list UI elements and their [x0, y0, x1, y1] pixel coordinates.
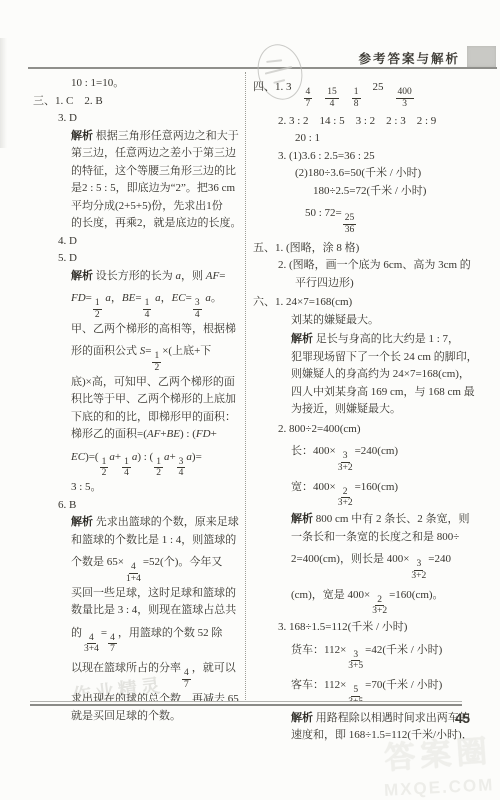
fraction: 47	[108, 633, 117, 655]
watermark-logo: 答案圈	[383, 725, 494, 777]
fraction-numerator: 2	[375, 595, 384, 607]
analysis-label: 解析	[291, 712, 313, 724]
text-line: 解析 根据三角形任意两边之和大于	[71, 128, 245, 146]
fraction-denominator: 4	[194, 310, 201, 321]
text-line: (cm)，宽是 400×23+2=160(cm)。	[291, 582, 473, 618]
text-line: 6. B	[58, 497, 245, 515]
fraction-denominator: 2	[153, 363, 160, 374]
text-line: 积比等于甲、乙两个梯形的上底加	[71, 391, 245, 409]
math-variable: FD	[196, 428, 211, 440]
text-line: 犯罪现场留下了一个长 24 cm 的脚印，	[291, 349, 473, 367]
text-line: 4. D	[58, 233, 245, 251]
math-variable: a	[176, 270, 182, 282]
math-variable: a	[164, 451, 170, 463]
fraction: 4003	[396, 87, 414, 109]
math-variable: FD	[71, 292, 86, 304]
text-line: 为接近，则嫌疑最大。	[291, 401, 473, 419]
fraction: 154	[325, 87, 339, 109]
stamp-mark	[266, 59, 282, 63]
column-divider	[245, 72, 246, 700]
fraction: 33+2	[410, 559, 427, 581]
fraction: 43+4	[83, 633, 100, 655]
text-line: 解析 800 cm 中有 2 条长、2 条宽，则	[291, 511, 473, 529]
fraction: 34	[193, 298, 202, 320]
fraction-numerator: 4	[129, 562, 138, 574]
fraction: 12	[93, 298, 102, 320]
math-variable: EC	[172, 292, 186, 304]
text-line: 六、1. 24×7=168(cm)	[253, 294, 473, 312]
text-line: 的特征，这个等腰三角形三边的比	[71, 163, 245, 181]
math-variable: a	[109, 451, 115, 463]
text-line: 和篮球的个数比是 1 : 4，则篮球的	[71, 532, 245, 550]
text-line: 解析 用路程除以相遇时间求出两车的	[291, 710, 473, 728]
text-line: 3. (1)3.6 : 2.5=36 : 25	[278, 148, 473, 166]
fraction-denominator: 4	[178, 468, 185, 479]
text-line: 2. 3 : 2 14 : 5 3 : 2 2 : 3 2 : 9	[278, 113, 473, 131]
fraction-denominator: 2	[94, 310, 101, 321]
fraction-numerator: 15	[325, 87, 339, 99]
column-right: 四、1. 3 47 154 18 25 40032. 3 : 2 14 : 5 …	[253, 70, 473, 745]
math-variable: EC	[71, 451, 85, 463]
fraction: 34	[177, 457, 186, 479]
answer-page: 参考答案与解析 作业精灵 10 : 1=10。三、1. C 2. B3. D解析…	[0, 0, 500, 800]
text-line: 是2 : 5 : 5，即底边为“2”。把36 cm	[71, 180, 245, 198]
text-line: 梯形乙的面积=(AF+BE) : (FD+	[71, 426, 245, 444]
text-line: 形的面积公式 S=12×(上底+下	[71, 338, 245, 374]
text-line: 买回一些足球，这时足球和篮球的	[71, 585, 245, 603]
text-line: 底)×高，可知甲、乙两个梯形的面	[71, 374, 245, 392]
fraction-denominator: 8	[353, 99, 360, 110]
text-line: 180÷2.5=72(千米 / 小时)	[313, 183, 473, 201]
text-line: 10 : 1=10。	[71, 75, 245, 93]
fraction-denominator: 3	[401, 99, 408, 110]
fraction-numerator: 4	[182, 668, 191, 680]
fraction: 12	[152, 351, 161, 373]
fraction: 14	[122, 457, 131, 479]
fraction-numerator: 3	[177, 457, 186, 469]
fraction: 47	[182, 668, 191, 690]
fraction: 12	[100, 457, 109, 479]
fraction-denominator: 2	[155, 468, 162, 479]
fraction-numerator: 1	[154, 457, 163, 469]
fraction: 33+2	[337, 451, 354, 473]
math-variable: S	[140, 345, 146, 357]
text-line: 平行四边形)	[295, 275, 473, 293]
fraction-numerator: 1	[93, 298, 102, 310]
page-number: 45	[455, 711, 470, 726]
text-line: 2. 800÷2=400(cm)	[278, 421, 473, 439]
fraction-denominator: 3+5	[347, 661, 364, 672]
math-variable: a	[152, 292, 160, 304]
fraction-denominator: 3+4	[83, 644, 100, 655]
fraction-numerator: 4	[108, 633, 117, 645]
text-line: 宽：400×23+2=160(cm)	[291, 474, 473, 510]
text-line: 的43+4=47，用篮球的个数 52 除	[71, 620, 245, 656]
fraction-numerator: 1	[152, 351, 161, 363]
fraction-numerator: 3	[193, 298, 202, 310]
math-variable: a	[203, 292, 211, 304]
text-line: 3. D	[58, 110, 245, 128]
fraction: 41+4	[125, 562, 142, 584]
fraction: 47	[304, 87, 313, 109]
fraction: 12	[154, 457, 163, 479]
text-line: 则嫌疑人的身高约为 24×7=168(cm)，	[291, 366, 473, 384]
fraction-numerator: 3	[341, 451, 350, 463]
fraction-denominator: 7	[305, 99, 312, 110]
fraction: 23+2	[371, 595, 388, 617]
text-line: EC)=(12a+14a) : (12a+34a)=	[71, 444, 245, 480]
text-line: 50 : 72=2536	[305, 200, 473, 236]
text-line: 3. 168÷1.5=112(千米 / 小时)	[278, 619, 473, 637]
text-line: 20 : 1	[295, 130, 473, 148]
text-line: 5. D	[58, 250, 245, 268]
fraction-numerator: 5	[351, 685, 360, 697]
math-variable: BE	[167, 428, 180, 440]
fraction-denominator: 4	[329, 99, 336, 110]
fraction-numerator: 1	[122, 457, 131, 469]
footer-rule	[30, 701, 462, 706]
fraction-denominator: 1+4	[125, 574, 142, 585]
text-line: 四人中刘某身高 169 cm，与 168 cm 最	[291, 384, 473, 402]
math-variable: a	[186, 451, 192, 463]
column-left: 10 : 1=10。三、1. C 2. B3. D解析 根据三角形任意两边之和大…	[33, 70, 245, 726]
text-line: 2. (图略，画一个底为 6cm、高为 3cm 的	[278, 257, 473, 275]
fraction: 33+5	[347, 650, 364, 672]
text-line: 刘某的嫌疑最大。	[291, 312, 473, 330]
fraction-numerator: 4	[304, 87, 313, 99]
fraction-numerator: 1	[143, 298, 152, 310]
math-variable: BE	[122, 292, 135, 304]
text-line: 长：400×33+2=240(cm)	[291, 438, 473, 474]
scan-edge-shade	[0, 38, 7, 148]
header-corner-block	[467, 46, 496, 67]
fraction-denominator: 3+2	[337, 463, 354, 474]
fraction-numerator: 1	[352, 87, 361, 99]
text-line: 解析 足长与身高的比大约是 1 : 7，	[291, 331, 473, 349]
fraction-denominator: 3+2	[337, 498, 354, 509]
analysis-label: 解析	[71, 270, 93, 282]
fraction-denominator: 36	[344, 225, 356, 236]
text-line: 以现在篮球所占的分率47，就可以	[71, 655, 245, 691]
text-line: FD=12 a，BE=14 a，EC=34 a。	[71, 285, 245, 321]
analysis-label: 解析	[71, 130, 93, 142]
fraction-denominator: 7	[183, 680, 190, 691]
text-line: 第三边，任意两边之差小于第三边	[71, 145, 245, 163]
text-line: 下底的和的比，即梯形甲的面积：	[71, 409, 245, 427]
fraction-numerator: 25	[343, 213, 357, 225]
fraction-numerator: 2	[341, 487, 350, 499]
text-line: 个数是 65×41+4=52(个)。今年又	[71, 549, 245, 585]
text-line: 平均分成(2+5+5)份，先求出1份	[71, 198, 245, 216]
fraction: 23+2	[337, 487, 354, 509]
fraction-denominator: 2	[101, 468, 108, 479]
page-header-title: 参考答案与解析	[358, 49, 460, 67]
fraction-numerator: 400	[396, 87, 414, 99]
fraction-numerator: 3	[414, 559, 423, 571]
analysis-label: 解析	[71, 516, 93, 528]
text-line: 三、1. C 2. B	[33, 93, 245, 111]
text-line: (2)180÷3.6=50(千米 / 小时)	[295, 165, 473, 183]
text-line: 一条长和一条宽的长度之和是 800÷	[291, 529, 473, 547]
fraction: 14	[143, 298, 152, 320]
text-line: 3 : 5。	[71, 479, 245, 497]
text-line: 五、1. (图略，涂 8 格)	[253, 240, 473, 258]
fraction: 18	[352, 87, 361, 109]
text-line: 解析 设长方形的长为 a，则 AF=	[71, 268, 245, 286]
fraction: 2536	[343, 213, 357, 235]
fraction-denominator: 3+2	[410, 571, 427, 582]
analysis-label: 解析	[291, 333, 313, 345]
math-variable: a	[103, 292, 111, 304]
fraction-denominator: 3+2	[371, 606, 388, 617]
fraction-denominator: 4	[144, 310, 151, 321]
text-line: 货车：112×33+5=42(千米 / 小时)	[291, 637, 473, 673]
text-line: 数量比是 3 : 4，则现在篮球占总共	[71, 602, 245, 620]
math-variable: AF	[206, 270, 219, 282]
math-variable: AF	[147, 428, 160, 440]
fraction-numerator: 1	[100, 457, 109, 469]
fraction-denominator: 4	[123, 468, 130, 479]
analysis-label: 解析	[291, 513, 313, 525]
watermark-site: MXQE.COM	[383, 775, 494, 800]
text-line: 解析 先求出篮球的个数，原来足球	[71, 514, 245, 532]
text-line: 甲、乙两个梯形的高相等，根据梯	[71, 321, 245, 339]
text-line: 的长度，再乘2，就是底边的长度。	[71, 215, 245, 233]
math-variable: a	[132, 451, 138, 463]
fraction-denominator: 7	[109, 644, 116, 655]
fraction-numerator: 3	[351, 650, 360, 662]
text-line: 就是买回足球的个数。	[71, 708, 245, 726]
fraction-numerator: 4	[87, 633, 96, 645]
text-line: 四、1. 3 47 154 18 25 4003	[253, 74, 473, 110]
text-line: 2=400(cm)，则长是 400×33+2=240	[291, 546, 473, 582]
